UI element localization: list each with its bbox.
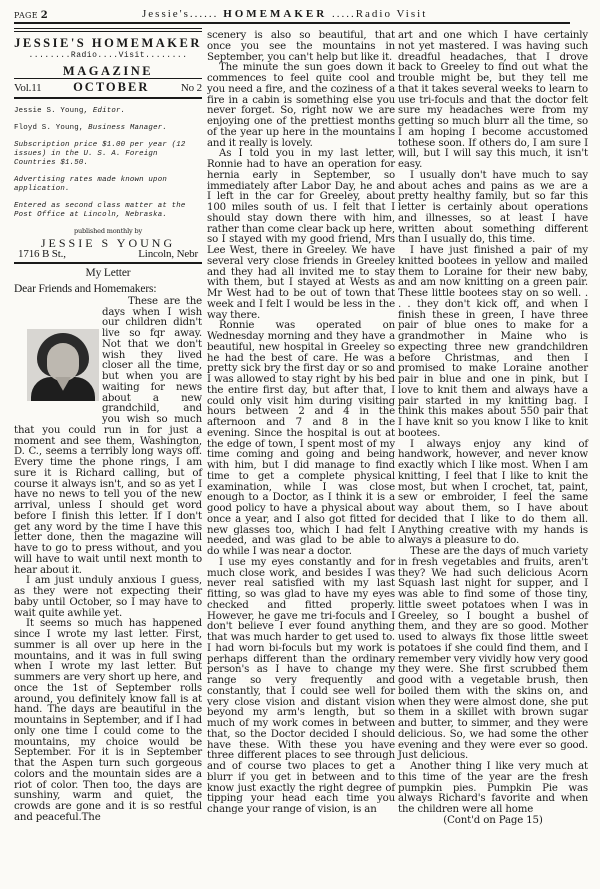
editor-role: Editor. xyxy=(93,107,125,115)
editor-line: Jessie S. Young, Editor. xyxy=(14,107,202,116)
volume: Vol.11 xyxy=(14,83,42,94)
running-head: PAGE 2 Jessie's...... HOMEMAKER .....Rad… xyxy=(14,6,570,26)
advertising-info: Advertising rates made known upon applic… xyxy=(14,176,202,194)
paragraph: The minute the sun goes down it commence… xyxy=(207,63,395,149)
staff-box: Jessie S. Young, Editor. Floyd S. Young,… xyxy=(14,107,202,220)
paragraph: I am just unduly anxious I guess, as the… xyxy=(14,576,202,619)
publisher-name: JESSIE S YOUNG xyxy=(14,238,202,249)
column-1: JESSIE'S HOMEMAKER ........Radio....Visi… xyxy=(14,28,202,824)
author-photo xyxy=(14,311,96,419)
paragraph: I always enjoy any kind of handwork, how… xyxy=(398,440,588,548)
issue-number: No 2 xyxy=(181,83,202,94)
column-3: art and one which I have certainly not y… xyxy=(398,31,588,827)
paragraph: It seems so much has happened since I wr… xyxy=(14,619,202,823)
manager-name: Floyd S. Young, xyxy=(14,124,84,132)
magazine-page: PAGE 2 Jessie's...... HOMEMAKER .....Rad… xyxy=(0,0,600,889)
paragraph: I have just finished a pair of my knitte… xyxy=(398,246,588,440)
column-2: scenery is also so beautiful, that once … xyxy=(207,31,395,816)
running-title: Jessie's...... HOMEMAKER .....Radio Visi… xyxy=(142,8,427,20)
header-rule xyxy=(14,22,570,24)
continued-note: (Cont'd on Page 15) xyxy=(398,816,588,827)
masthead-issue-line: Vol.11 OCTOBER No 2 xyxy=(14,79,202,99)
masthead-subtitle: ........Radio....Visit........ xyxy=(14,51,202,62)
masthead: JESSIE'S HOMEMAKER ........Radio....Visi… xyxy=(14,28,202,99)
paragraph: Another thing I like very much at this t… xyxy=(398,762,588,816)
paragraph: As I told you in my last letter, Ronnie … xyxy=(207,149,395,321)
manager-role: Business Manager. xyxy=(88,124,167,132)
issue-month: OCTOBER xyxy=(73,82,149,93)
subscription-info: Subscription price $1.00 per year (12 is… xyxy=(14,141,202,168)
portrait-image xyxy=(27,329,99,401)
publisher-address: 1716 B St., Lincoln, Nebr xyxy=(14,249,202,265)
manager-line: Floyd S. Young, Business Manager. xyxy=(14,124,202,133)
running-title-pre: Jessie's...... xyxy=(142,8,218,20)
masthead-magazine: MAGAZINE xyxy=(14,66,202,80)
letter-heading: My Letter xyxy=(14,268,202,279)
address-street: 1716 B St., xyxy=(18,249,66,260)
letter-salutation: Dear Friends and Homemakers: xyxy=(14,284,202,295)
paragraph: Ronnie was operated on Wednesday morning… xyxy=(207,321,395,558)
running-title-main: HOMEMAKER xyxy=(223,8,327,20)
page-number-value: 2 xyxy=(41,10,48,21)
postal-info: Entered as second class matter at the Po… xyxy=(14,202,202,220)
paragraph: I usually don't have much to say about a… xyxy=(398,171,588,246)
paragraph: I use my eyes constantly and for much cl… xyxy=(207,558,395,816)
page-number: PAGE 2 xyxy=(14,10,48,21)
paragraph: art and one which I have certainly not y… xyxy=(398,31,588,171)
editor-name: Jessie S. Young, xyxy=(14,107,88,115)
address-city: Lincoln, Nebr xyxy=(138,249,198,260)
paragraph: scenery is also so beautiful, that once … xyxy=(207,31,395,63)
page-label: PAGE xyxy=(14,11,38,20)
running-title-post: .....Radio Visit xyxy=(332,8,427,20)
masthead-title: JESSIE'S HOMEMAKER xyxy=(14,38,202,49)
paragraph: These are the days of much variety in fr… xyxy=(398,547,588,762)
